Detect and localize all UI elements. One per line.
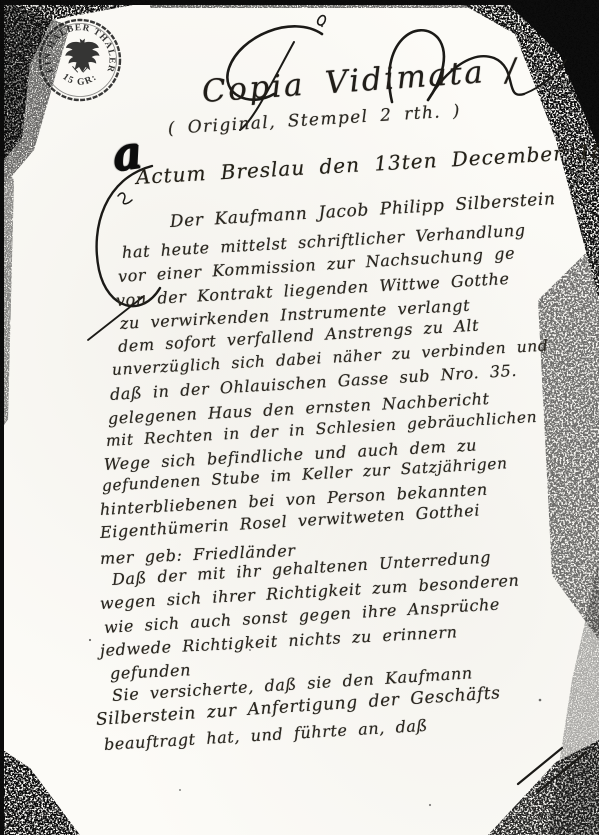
- handwritten-line: gefunden: [110, 660, 192, 683]
- scanned-document-page: EIN HALBER THALER 15 GR:: [0, 0, 599, 835]
